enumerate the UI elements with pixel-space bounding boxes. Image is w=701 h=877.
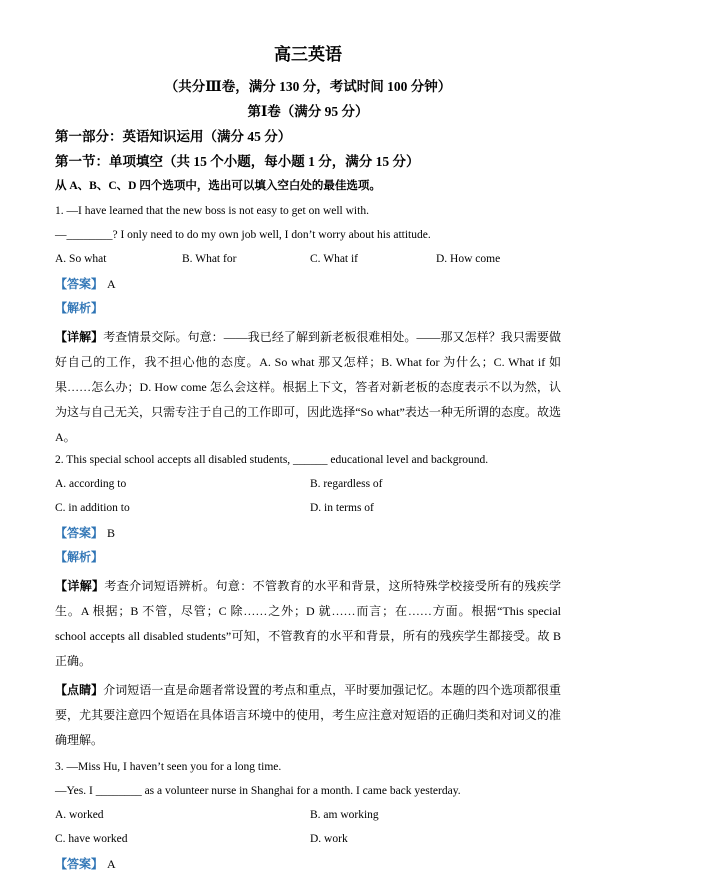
detail-paragraph: 【详解】考查介词短语辨析。句意：不管教育的水平和背景，这所特殊学校接受所有的残疾… bbox=[55, 574, 561, 674]
answer-line: 【答案】A bbox=[55, 857, 561, 871]
option-c: C. What if bbox=[310, 253, 436, 266]
question-3-options-row-1: A. worked B. am working bbox=[55, 809, 561, 822]
question-1-options: A. So what B. What for C. What if D. How… bbox=[55, 253, 561, 266]
detail-paragraph: 【详解】考查情景交际。句意：——我已经了解到新老板很难相处。——那又怎样？我只需… bbox=[55, 325, 561, 450]
question-2-stem-line: 2. This special school accepts all disab… bbox=[55, 454, 561, 467]
answer-line: 【答案】B bbox=[55, 526, 561, 540]
question-1-stem-line: 1. —I have learned that the new boss is … bbox=[55, 205, 561, 218]
volume-heading: 第Ⅰ卷（满分 95 分） bbox=[55, 105, 561, 119]
option-b: B. regardless of bbox=[310, 478, 561, 491]
answer-value: A bbox=[107, 277, 116, 291]
option-b: B. am working bbox=[310, 809, 561, 822]
option-a: A. So what bbox=[55, 253, 182, 266]
exam-document: 高三英语 （共分Ⅲ卷，满分 130 分，考试时间 100 分钟） 第Ⅰ卷（满分 … bbox=[55, 44, 561, 877]
question-3-options-row-2: C. have worked D. work bbox=[55, 833, 561, 846]
tip-label: 【点睛】 bbox=[55, 683, 103, 697]
question-2-options-row-1: A. according to B. regardless of bbox=[55, 478, 561, 491]
answer-value: B bbox=[107, 526, 115, 540]
analysis-line: 【解析】 bbox=[55, 550, 561, 564]
option-b: B. What for bbox=[182, 253, 310, 266]
question-2-options-row-2: C. in addition to D. in terms of bbox=[55, 502, 561, 515]
exam-title: 高三英语 bbox=[55, 44, 561, 66]
question-1-stem-line: —________? I only need to do my own job … bbox=[55, 229, 561, 242]
option-c: C. have worked bbox=[55, 833, 310, 846]
option-d: D. work bbox=[310, 833, 561, 846]
question-3-stem-line: —Yes. I ________ as a volunteer nurse in… bbox=[55, 785, 561, 798]
detail-text: 考查情景交际。句意：——我已经了解到新老板很难相处。——那又怎样？我只需要做好自… bbox=[55, 330, 561, 444]
answer-value: A bbox=[107, 857, 116, 871]
section-heading: 第一节：单项填空（共 15 个小题，每小题 1 分，满分 15 分） bbox=[55, 155, 561, 169]
part-heading: 第一部分：英语知识运用（满分 45 分） bbox=[55, 130, 561, 144]
exam-subtitle: （共分Ⅲ卷，满分 130 分，考试时间 100 分钟） bbox=[55, 80, 561, 94]
tip-paragraph: 【点睛】介词短语一直是命题者常设置的考点和重点，平时要加强记忆。本题的四个选项都… bbox=[55, 678, 561, 753]
analysis-label: 【解析】 bbox=[55, 301, 103, 315]
detail-label: 【详解】 bbox=[55, 579, 104, 593]
option-c: C. in addition to bbox=[55, 502, 310, 515]
option-a: A. according to bbox=[55, 478, 310, 491]
detail-text: 考查介词短语辨析。句意：不管教育的水平和背景，这所特殊学校接受所有的残疾学生。A… bbox=[55, 579, 561, 668]
answer-label: 【答案】 bbox=[55, 526, 103, 540]
option-d: D. in terms of bbox=[310, 502, 561, 515]
analysis-line: 【解析】 bbox=[55, 301, 561, 315]
detail-label: 【详解】 bbox=[55, 330, 103, 344]
option-a: A. worked bbox=[55, 809, 310, 822]
analysis-label: 【解析】 bbox=[55, 550, 103, 564]
answer-line: 【答案】A bbox=[55, 277, 561, 291]
instructions: 从 A、B、C、D 四个选项中，选出可以填入空白处的最佳选项。 bbox=[55, 180, 561, 193]
answer-label: 【答案】 bbox=[55, 857, 103, 871]
option-d: D. How come bbox=[436, 253, 561, 266]
answer-label: 【答案】 bbox=[55, 277, 103, 291]
tip-text: 介词短语一直是命题者常设置的考点和重点，平时要加强记忆。本题的四个选项都很重要，… bbox=[55, 683, 561, 747]
question-3-stem-line: 3. —Miss Hu, I haven’t seen you for a lo… bbox=[55, 761, 561, 774]
